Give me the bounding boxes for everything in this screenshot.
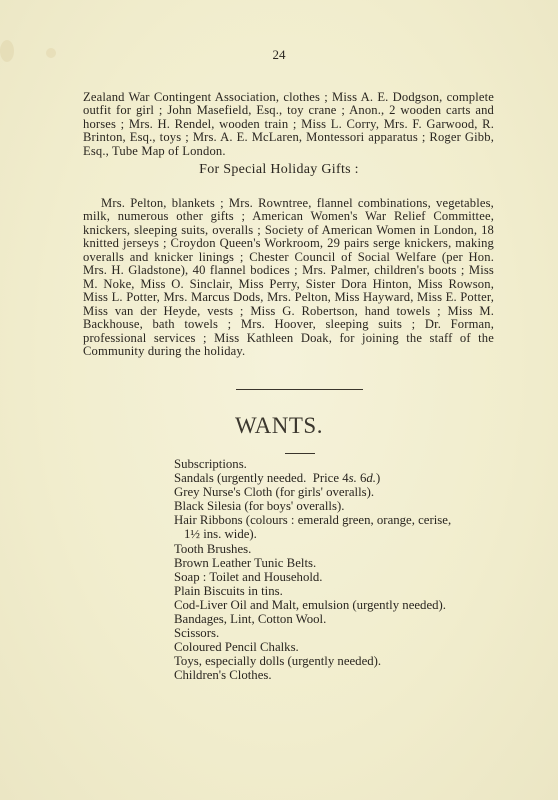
list-item: Soap : Toilet and Household. xyxy=(174,570,504,584)
list-item: Black Silesia (for boys' overalls). xyxy=(174,499,504,513)
list-item: Grey Nurse's Cloth (for girls' overalls)… xyxy=(174,485,504,499)
page-number: 24 xyxy=(0,47,558,63)
list-item-text: Sandals (urgently needed. Price 4s. 6d.) xyxy=(174,471,380,485)
list-item: Children's Clothes. xyxy=(174,668,504,682)
special-holiday-gifts-heading: For Special Holiday Gifts : xyxy=(0,162,558,178)
donations-paragraph: Zealand War Contingent Association, clot… xyxy=(83,91,494,159)
list-item: Brown Leather Tunic Belts. xyxy=(174,556,504,570)
wants-list: Subscriptions. Sandals (urgently needed.… xyxy=(174,457,504,683)
section-divider xyxy=(236,389,363,390)
list-item: Toys, especially dolls (urgently needed)… xyxy=(174,654,504,668)
list-item: Plain Biscuits in tins. xyxy=(174,584,504,598)
wants-heading-rule xyxy=(285,453,315,454)
special-holiday-gifts-paragraph: Mrs. Pelton, blankets ; Mrs. Rowntree, f… xyxy=(83,197,494,359)
list-item: Coloured Pencil Chalks. xyxy=(174,640,504,654)
list-item: Cod-Liver Oil and Malt, emulsion (urgent… xyxy=(174,598,504,612)
list-item: Sandals (urgently needed. Price 4s. 6d.) xyxy=(174,471,504,485)
list-item: Tooth Brushes. xyxy=(174,542,504,556)
list-item: Subscriptions. xyxy=(174,457,504,471)
list-item: Bandages, Lint, Cotton Wool. xyxy=(174,612,504,626)
wants-heading: WANTS. xyxy=(0,413,558,439)
list-item: Hair Ribbons (colours : emerald green, o… xyxy=(174,513,504,527)
list-item-continuation: 1½ ins. wide). xyxy=(174,527,504,541)
list-item: Scissors. xyxy=(174,626,504,640)
